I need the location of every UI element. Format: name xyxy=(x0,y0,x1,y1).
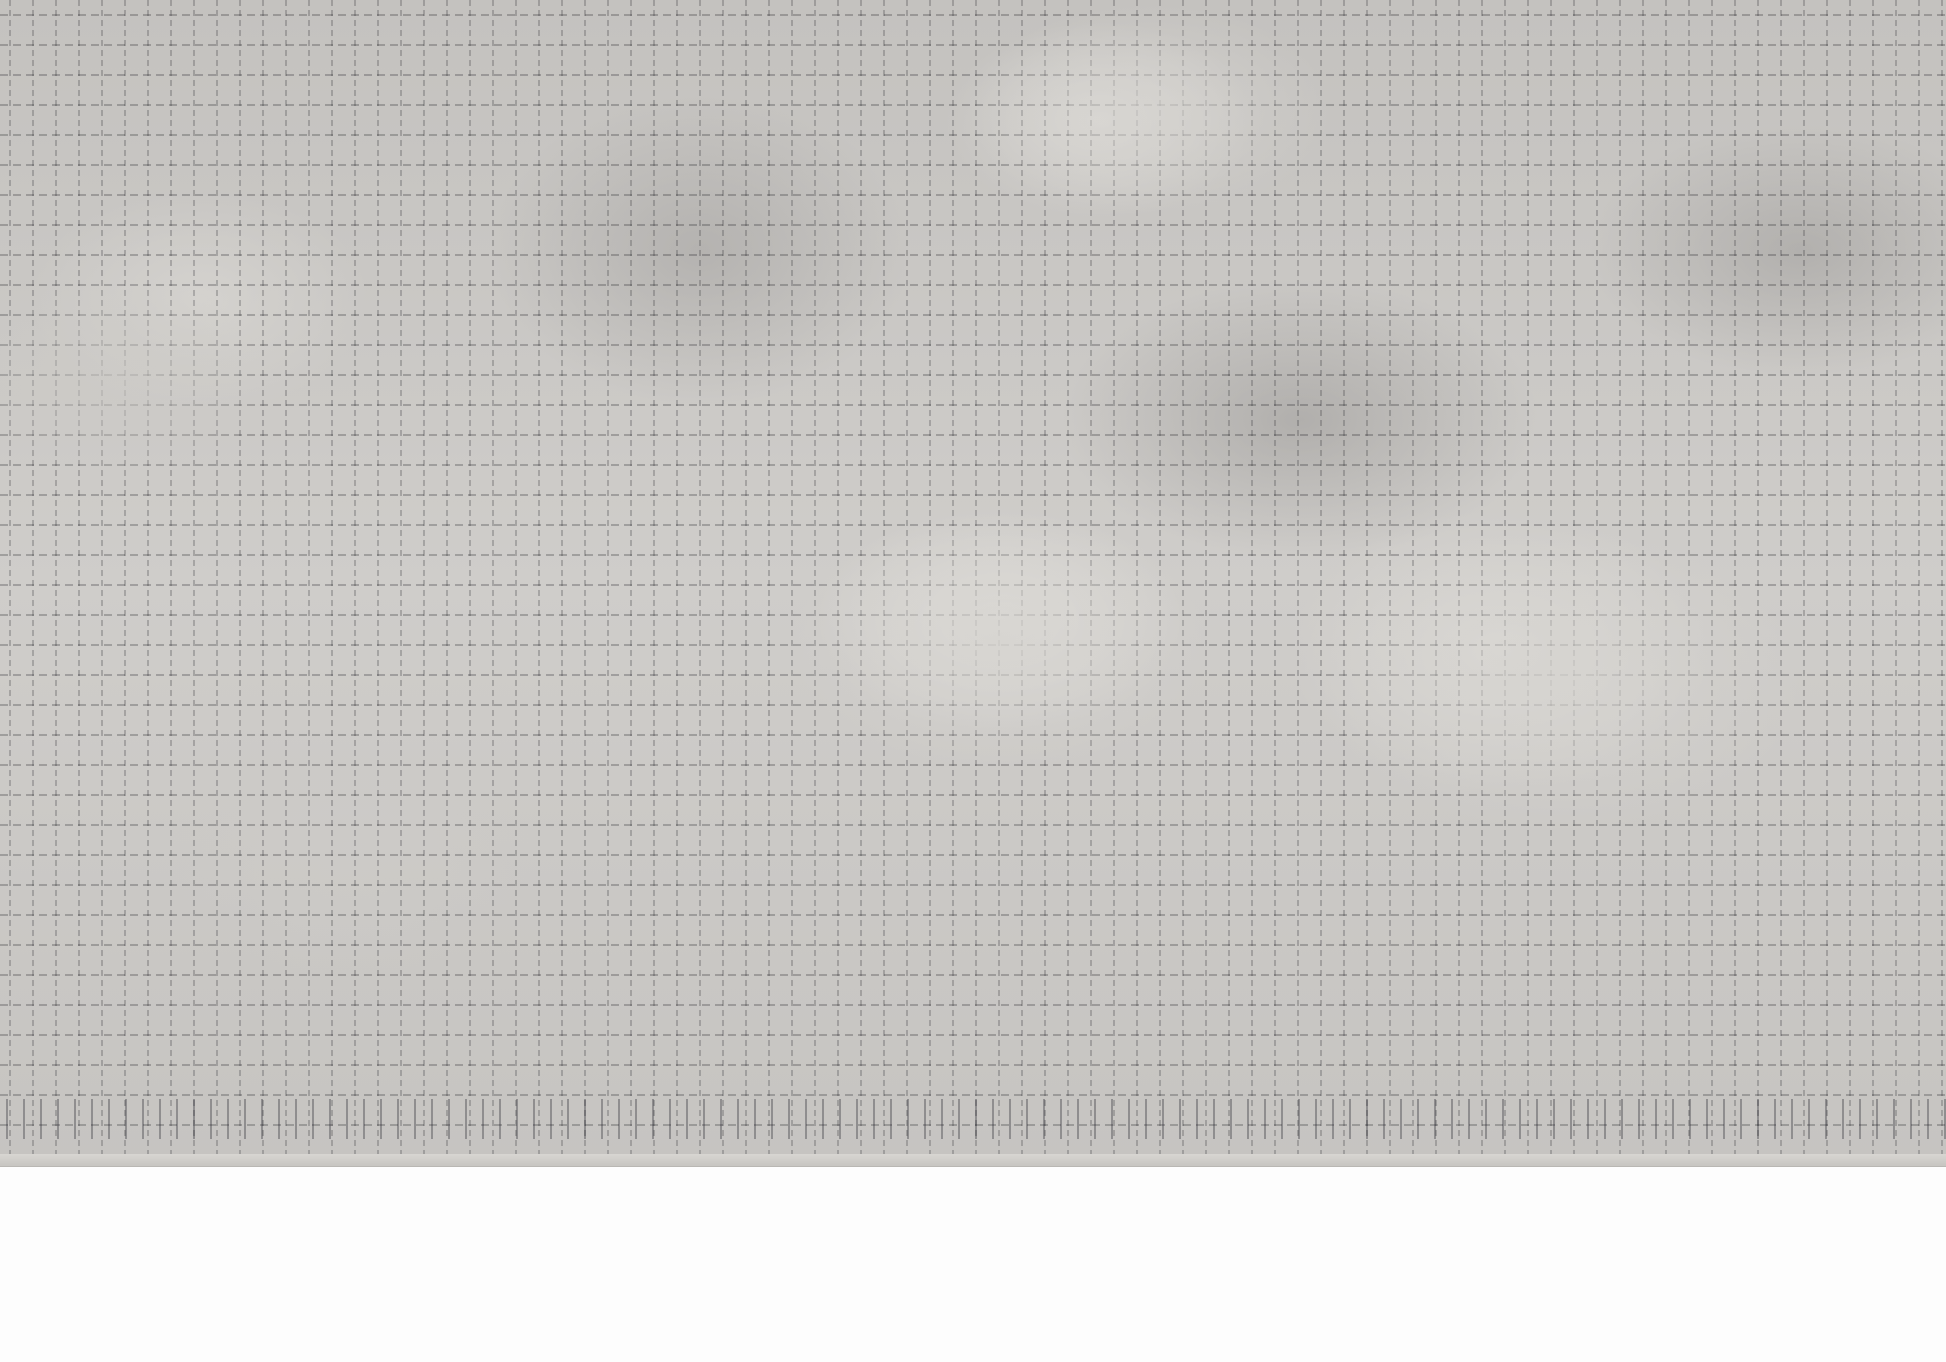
rug-faded-patches xyxy=(0,0,1946,1167)
rug-bottom-border-pattern xyxy=(0,1099,1946,1139)
rug-bound-edge xyxy=(0,1154,1946,1167)
rug-photo xyxy=(0,0,1946,1167)
white-background xyxy=(0,1167,1946,1362)
